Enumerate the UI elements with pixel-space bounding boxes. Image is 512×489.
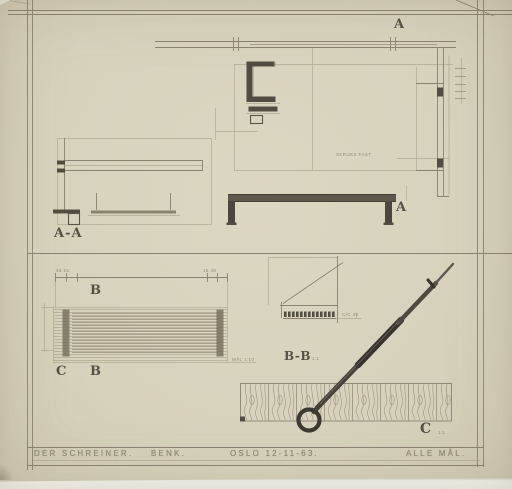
wood-grain bbox=[244, 384, 462, 420]
annotation-plan-note: SKRUES FAST bbox=[336, 152, 371, 158]
annotation-c-scale: 1:1 bbox=[438, 430, 445, 436]
annotation-dim-left: 45 15 bbox=[56, 268, 69, 274]
titleblock-note: ALLE MÅL. bbox=[406, 449, 466, 458]
paper-corner-shadow bbox=[0, 464, 14, 480]
section-marker-a-top: A bbox=[394, 18, 404, 31]
plan-view-bottom bbox=[41, 273, 256, 363]
section-marker-a-bottom: A bbox=[396, 201, 406, 214]
label-detail-bb: B-B bbox=[284, 350, 311, 362]
detail-c-plank bbox=[240, 383, 462, 422]
annotation-plan-scale: MÅL 1:10 bbox=[232, 357, 254, 363]
annotation-dim-right: 15 45 bbox=[203, 268, 216, 274]
titleblock-place-date: OSLO 12-11-63. bbox=[230, 449, 319, 458]
section-aa-view bbox=[53, 138, 212, 225]
label-b-bottom: B bbox=[90, 365, 101, 378]
label-section-aa: A-A bbox=[54, 227, 83, 240]
annotation-bb-strip: C/C 30 bbox=[342, 312, 358, 318]
label-detail-c: C bbox=[420, 422, 431, 436]
elevation-view bbox=[227, 186, 407, 225]
plan-view-top bbox=[155, 37, 466, 197]
drawing-linework bbox=[0, 0, 512, 489]
label-b-top: B bbox=[90, 284, 101, 297]
drawing-sheet: A A A-A B C B B-B C SKRUES FAST 45 15 15… bbox=[0, 0, 512, 489]
titleblock-author: DER SCHREINER. bbox=[34, 449, 133, 458]
label-c-bottom-left: C bbox=[56, 365, 66, 378]
annotation-bb-scale: 1:1 bbox=[312, 356, 319, 362]
titleblock-title: BENK. bbox=[151, 449, 186, 458]
c-bracket-detail bbox=[246, 62, 280, 124]
